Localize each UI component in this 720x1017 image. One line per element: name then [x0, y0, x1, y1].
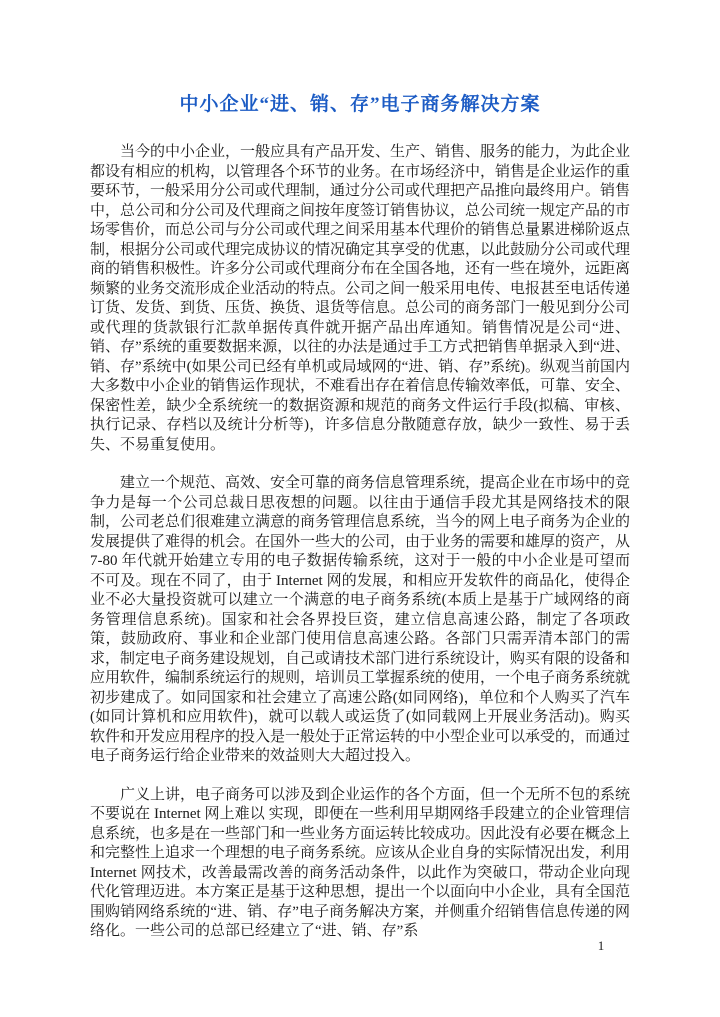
paragraph-2: 建立一个规范、高效、安全可靠的商务信息管理系统，提高企业在市场中的竞争力是每一个… — [90, 474, 630, 767]
paragraph-3: 广义上讲，电子商务可以涉及到企业运作的各个方面，但一个无所不包的系统不要说在 I… — [90, 786, 630, 942]
document-title: 中小企业“进、销、存”电子商务解决方案 — [90, 92, 630, 117]
document-page: 中小企业“进、销、存”电子商务解决方案 当今的中小企业，一般应具有产品开发、生产… — [0, 0, 720, 1017]
document-body: 当今的中小企业，一般应具有产品开发、生产、销售、服务的能力，为此企业都设有相应的… — [90, 143, 630, 961]
page-number: 1 — [576, 938, 626, 954]
paragraph-1: 当今的中小企业，一般应具有产品开发、生产、销售、服务的能力，为此企业都设有相应的… — [90, 143, 630, 455]
